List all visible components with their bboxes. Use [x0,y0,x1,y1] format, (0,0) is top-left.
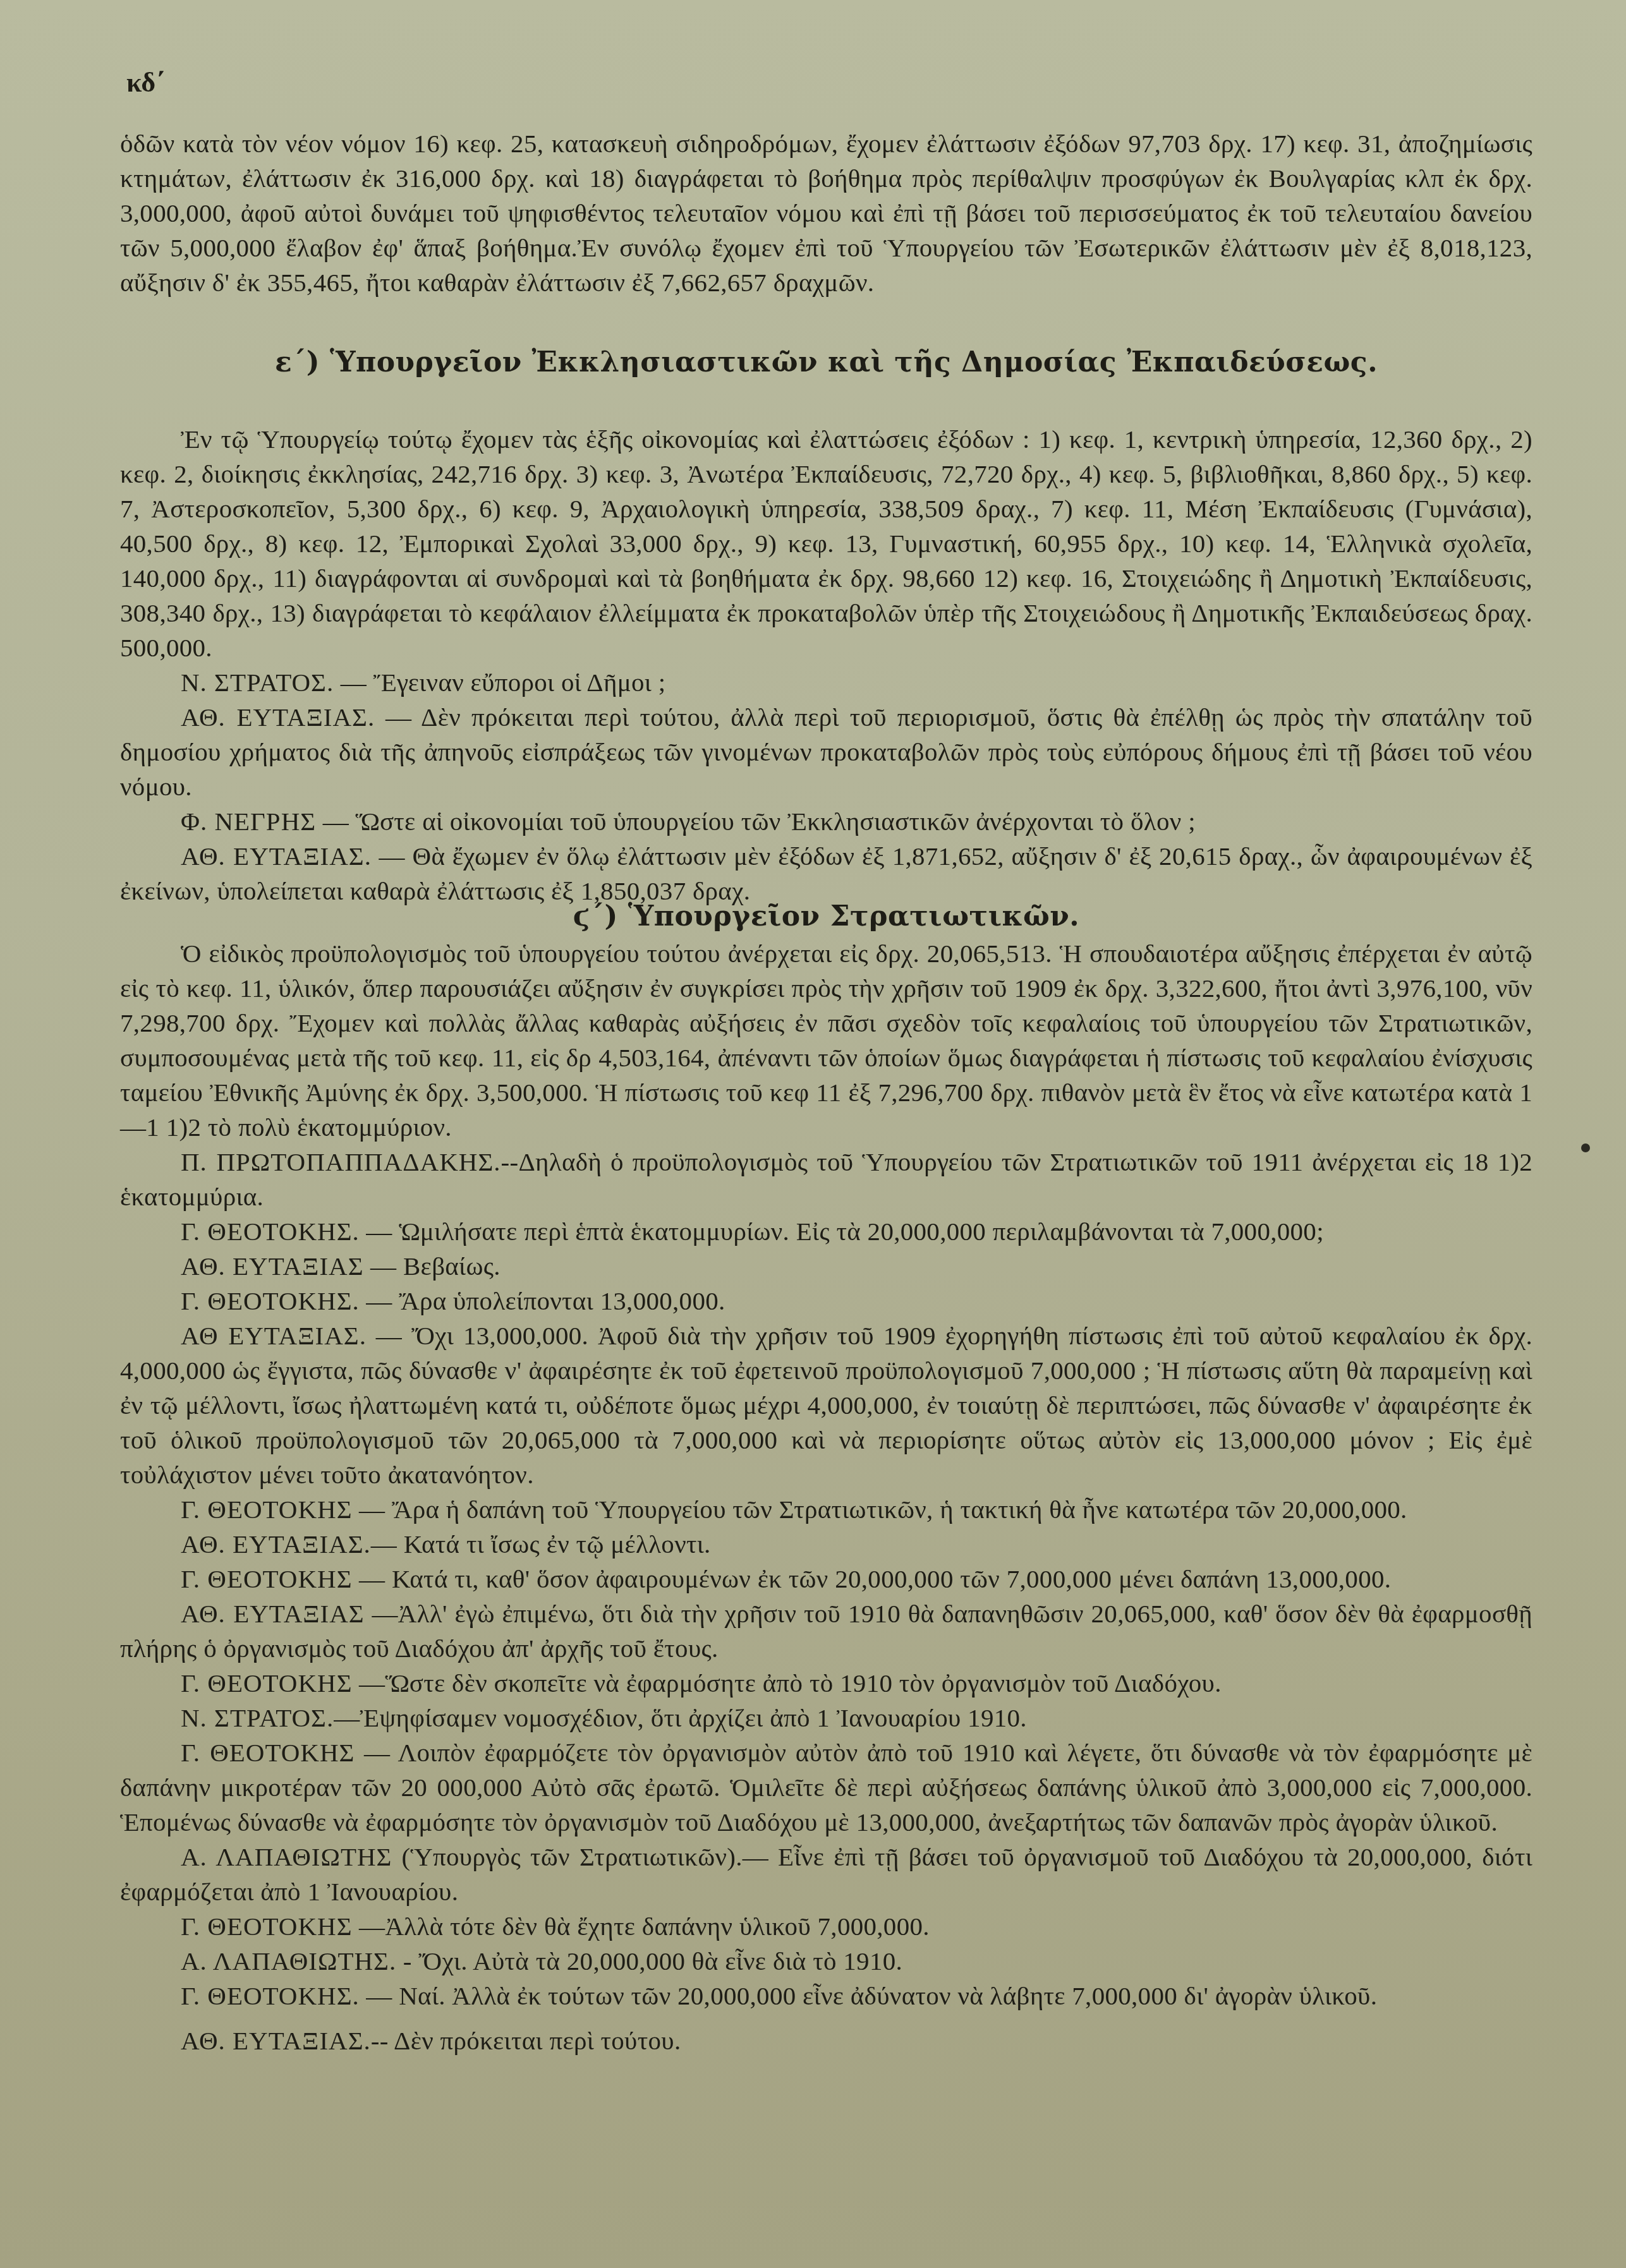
section-st-heading: ϛ΄) Ὑπουργεῖον Στρατιωτικῶν. [120,900,1532,932]
speech-text: — Κατά τι ἴσως ἐν τῷ μέλλοντι. [371,1529,711,1559]
section-e-body: Ἐν τῷ Ὑπουργείῳ τούτῳ ἔχομεν τὰς ἑξῆς οἰ… [120,422,1532,908]
speaker-name: Ν. ΣΤΡΑΤΟΣ. [181,1703,334,1732]
dialogue-line: ΑΘ. ΕΥΤΑΞΙΑΣ. — Θὰ ἔχωμεν ἐν ὅλῳ ἐλάττωσ… [120,839,1532,908]
speaker-name: ΑΘ. ΕΥΤΑΞΙΑΣ. [181,841,372,871]
speech-text: — Ναί. Ἀλλὰ ἐκ τούτων τῶν 20,000,000 εἶν… [360,1981,1377,2010]
dialogue-line: ΑΘ. ΕΥΤΑΞΙΑΣ —Ἀλλ' ἐγὼ ἐπιμένω, ὅτι διὰ … [120,1596,1532,1666]
speech-text: — Ἔγειναν εὔποροι οἱ Δῆμοι ; [334,668,665,697]
dialogue-line: ΑΘ. ΕΥΤΑΞΙΑΣ.-- Δὲν πρόκειται περὶ τούτο… [120,2024,1532,2058]
dialogue-line: Π. ΠΡΩΤΟΠΑΠΠΑΔΑΚΗΣ.--Δηλαδὴ ὁ προϋπολογι… [120,1145,1532,1214]
speaker-name: Α. ΛΑΠΑΘΙΩΤΗΣ [181,1842,392,1871]
dialogue-line: Γ. ΘΕΟΤΟΚΗΣ. — Ναί. Ἀλλὰ ἐκ τούτων τῶν 2… [120,1979,1532,2013]
speaker-name: Ν. ΣΤΡΑΤΟΣ. [181,668,334,697]
dialogue-line: Ν. ΣΤΡΑΤΟΣ.—Ἐψηφίσαμεν νομοσχέδιον, ὅτι … [120,1701,1532,1735]
intro-text: ὁδῶν κατὰ τὸν νέον νόμον 16) κεφ. 25, κα… [120,126,1532,300]
dialogue-line: ΑΘ. ΕΥΤΑΞΙΑΣ. — Δὲν πρόκειται περὶ τούτο… [120,700,1532,804]
speaker-name: Α. ΛΑΠΑΘΙΩΤΗΣ. [181,1946,396,1975]
speaker-name: Γ. ΘΕΟΤΟΚΗΣ [181,1668,353,1698]
speaker-name: Φ. ΝΕΓΡΗΣ [181,807,316,836]
speaker-name: Γ. ΘΕΟΤΟΚΗΣ [181,1564,353,1593]
speaker-name: ΑΘ. ΕΥΤΑΞΙΑΣ. [181,1529,371,1559]
dialogue-line: Γ. ΘΕΟΤΟΚΗΣ — Κατά τι, καθ' ὅσον ἀφαιρου… [120,1562,1532,1596]
dialogue-line: Γ. ΘΕΟΤΟΚΗΣ — Ἄρα ἡ δαπάνη τοῦ Ὑπουργείο… [120,1492,1532,1527]
margin-ink-dot [1581,1143,1590,1152]
speech-text: — Ὡμιλήσατε περὶ ἑπτὰ ἑκατομμυρίων. Εἰς … [360,1217,1324,1246]
speech-text: — Ἄρα ὑπολείπονται 13,000,000. [360,1286,725,1315]
speech-text: —Ἀλλὰ τότε δὲν θὰ ἔχητε δαπάνην ὑλικοῦ 7… [353,1912,930,1941]
dialogue-line: ΑΘ. ΕΥΤΑΞΙΑΣ.— Κατά τι ἴσως ἐν τῷ μέλλον… [120,1527,1532,1562]
speaker-name: Γ. ΘΕΟΤΟΚΗΣ. [181,1286,360,1315]
speech-text: —Ἐψηφίσαμεν νομοσχέδιον, ὅτι ἀρχίζει ἀπὸ… [334,1703,1027,1732]
speaker-name: ΑΘ. ΕΥΤΑΞΙΑΣ. [181,703,375,732]
dialogue-line: Γ. ΘΕΟΤΟΚΗΣ. — Ὡμιλήσατε περὶ ἑπτὰ ἑκατο… [120,1214,1532,1249]
dialogue-line: ΑΘ ΕΥΤΑΞΙΑΣ. — Ὄχι 13,000,000. Ἀφοῦ διὰ … [120,1318,1532,1492]
intro-paragraph: ὁδῶν κατὰ τὸν νέον νόμον 16) κεφ. 25, κα… [120,126,1532,300]
section-e-paragraph: Ἐν τῷ Ὑπουργείῳ τούτῳ ἔχομεν τὰς ἑξῆς οἰ… [120,422,1532,665]
dialogue-line: Α. ΛΑΠΑΘΙΩΤΗΣ (Ὑπουργὸς τῶν Στρατιωτικῶν… [120,1840,1532,1909]
dialogue-line: Γ. ΘΕΟΤΟΚΗΣ —Ὥστε δὲν σκοπεῖτε νὰ ἐφαρμό… [120,1666,1532,1701]
section-st-paragraph: Ὁ εἰδικὸς προϋπολογισμὸς τοῦ ὑπουργείου … [120,936,1532,1145]
speech-text: -- Δὲν πρόκειται περὶ τούτου. [371,2026,681,2055]
speaker-name: Π. ΠΡΩΤΟΠΑΠΠΑΔΑΚΗΣ. [181,1147,501,1176]
speech-text: — Βεβαίως. [364,1252,501,1281]
speaker-name: ΑΘ. ΕΥΤΑΞΙΑΣ [181,1252,364,1281]
speaker-name: ΑΘ. ΕΥΤΑΞΙΑΣ [181,1599,365,1628]
dialogue-line: ΑΘ. ΕΥΤΑΞΙΑΣ — Βεβαίως. [120,1249,1532,1284]
dialogue-line: Α. ΛΑΠΑΘΙΩΤΗΣ. - Ὄχι. Αὐτὰ τὰ 20,000,000… [120,1944,1532,1979]
page-number: κδ΄ [126,66,165,99]
spacer [120,2013,1532,2024]
speaker-name: Γ. ΘΕΟΤΟΚΗΣ [181,1738,355,1767]
speech-text: — Ὥστε αἱ οἰκονομίαι τοῦ ὑπουργείου τῶν … [316,807,1196,836]
dialogue-line: Ν. ΣΤΡΑΤΟΣ. — Ἔγειναν εὔποροι οἱ Δῆμοι ; [120,665,1532,700]
document-page: κδ΄ ὁδῶν κατὰ τὸν νέον νόμον 16) κεφ. 25… [0,0,1626,2268]
speech-text: — Κατά τι, καθ' ὅσον ἀφαιρουμένων ἐκ τῶν… [353,1564,1392,1593]
speaker-name: Γ. ΘΕΟΤΟΚΗΣ [181,1912,353,1941]
section-e-heading: ε΄) Ὑπουργεῖον Ἐκκλησιαστικῶν καὶ τῆς Δη… [120,346,1532,378]
dialogue-line: Γ. ΘΕΟΤΟΚΗΣ —Ἀλλὰ τότε δὲν θὰ ἔχητε δαπά… [120,1909,1532,1944]
speaker-name: Γ. ΘΕΟΤΟΚΗΣ [181,1495,353,1524]
speech-text: —Ὥστε δὲν σκοπεῖτε νὰ ἐφαρμόσητε ἀπὸ τὸ … [353,1668,1222,1698]
section-st-body: Ὁ εἰδικὸς προϋπολογισμὸς τοῦ ὑπουργείου … [120,936,1532,2058]
dialogue-line: Γ. ΘΕΟΤΟΚΗΣ. — Ἄρα ὑπολείπονται 13,000,0… [120,1284,1532,1318]
speaker-name: Γ. ΘΕΟΤΟΚΗΣ. [181,1217,360,1246]
speaker-name: ΑΘ. ΕΥΤΑΞΙΑΣ. [181,2026,371,2055]
dialogue-line: Γ. ΘΕΟΤΟΚΗΣ — Λοιπὸν ἐφαρμόζετε τὸν ὀργα… [120,1735,1532,1840]
speech-text: - Ὄχι. Αὐτὰ τὰ 20,000,000 θὰ εἶνε διὰ τὸ… [396,1946,902,1975]
dialogue-line: Φ. ΝΕΓΡΗΣ — Ὥστε αἱ οἰκονομίαι τοῦ ὑπουρ… [120,804,1532,839]
speech-text: — Ἄρα ἡ δαπάνη τοῦ Ὑπουργείου τῶν Στρατι… [353,1495,1407,1524]
speaker-name: ΑΘ ΕΥΤΑΞΙΑΣ. [181,1321,367,1350]
speaker-name: Γ. ΘΕΟΤΟΚΗΣ. [181,1981,360,2010]
